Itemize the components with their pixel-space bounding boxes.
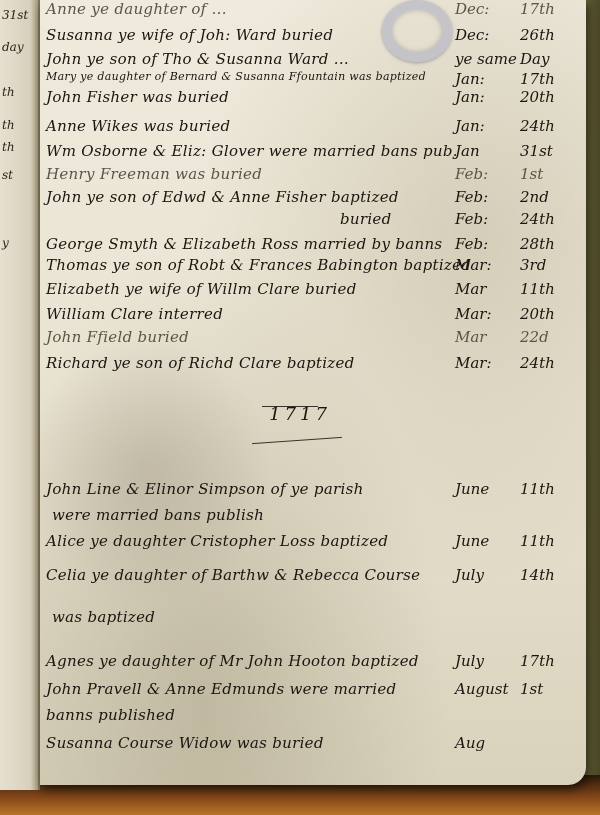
register-entry: John Line & Elinor Simpson of ye parish … (40, 480, 586, 506)
entry-day: 22d (520, 328, 549, 346)
entry-day: 11th (520, 280, 555, 298)
entry-month: Mar (455, 280, 486, 298)
year-heading: 1717 (260, 404, 340, 425)
register-entry: Agnes ye daughter of Mr John Hooton bapt… (40, 652, 586, 678)
margin-fragment: th (2, 118, 15, 132)
register-entry: Anne Wikes was buried Jan: 24th (40, 117, 586, 143)
register-entry: Thomas ye son of Robt & Frances Babingto… (40, 256, 586, 282)
entry-day: 17th (520, 0, 555, 18)
entry-day: 24th (520, 210, 555, 228)
entry-text: Mary ye daughter of Bernard & Susanna Ff… (46, 70, 426, 83)
year-rule-bottom (252, 437, 342, 444)
entry-month: Mar: (455, 305, 492, 323)
register-entry: banns published (40, 706, 586, 732)
register-entry: Susanna Course Widow was buried Aug (40, 734, 586, 760)
entry-day: 24th (520, 354, 555, 372)
facing-page: 31st day th th th st y (0, 0, 40, 790)
entry-month: Mar: (455, 256, 492, 274)
entry-text: John ye son of Tho & Susanna Ward ... (46, 50, 349, 68)
entry-day: 26th (520, 26, 555, 44)
register-entry: Elizabeth ye wife of Willm Clare buried … (40, 280, 586, 306)
entry-month: Feb: (455, 210, 488, 228)
entry-day: 1st (520, 680, 543, 698)
entry-text: Agnes ye daughter of Mr John Hooton bapt… (46, 652, 419, 670)
entry-day: 17th (520, 652, 555, 670)
margin-fragment: th (2, 85, 15, 99)
entry-month: Dec: (455, 0, 489, 18)
entry-day: 1st (520, 165, 543, 183)
entry-month: Feb: (455, 235, 488, 253)
entry-text: buried (340, 210, 392, 228)
entry-text: was baptized (52, 608, 155, 626)
entry-text: John Line & Elinor Simpson of ye parish (46, 480, 364, 498)
entry-month: Dec: (455, 26, 489, 44)
entry-month: Jan: (455, 88, 485, 106)
entry-text: were married bans publish (52, 506, 264, 524)
entry-text: John ye son of Edwd & Anne Fisher baptiz… (46, 188, 399, 206)
entry-month: Feb: (455, 188, 488, 206)
margin-fragment: day (2, 40, 24, 54)
margin-fragment: th (2, 140, 15, 154)
entry-day: 28th (520, 235, 555, 253)
entry-day: 20th (520, 88, 555, 106)
entry-day: 17th (520, 70, 555, 88)
entry-month: Aug (455, 734, 485, 752)
register-entry: Alice ye daughter Cristopher Loss baptiz… (40, 532, 586, 558)
entry-text: Celia ye daughter of Barthw & Rebecca Co… (46, 566, 420, 584)
entry-text: Anne ye daughter of ... (46, 0, 227, 18)
entry-month: June (455, 532, 489, 550)
entry-text: John Fisher was buried (46, 88, 229, 106)
entry-day: 3rd (520, 256, 546, 274)
entry-text: Anne Wikes was buried (46, 117, 230, 135)
margin-fragment: st (2, 168, 13, 182)
entry-day: 14th (520, 566, 555, 584)
register-page: Anne ye daughter of ... Dec: 17th Susann… (40, 0, 586, 785)
register-entry: was baptized (40, 608, 586, 634)
entry-day: 11th (520, 480, 555, 498)
entry-day: Day (520, 50, 549, 68)
entry-text: banns published (46, 706, 175, 724)
register-entry: John Fisher was buried Jan: 20th (40, 88, 586, 114)
register-entry: John Pravell & Anne Edmunds were married… (40, 680, 586, 706)
entry-text: Thomas ye son of Robt & Frances Babingto… (46, 256, 471, 274)
register-entry: buried Feb: 24th (40, 210, 586, 236)
entry-text: Susanna ye wife of Joh: Ward buried (46, 26, 333, 44)
entry-text: Richard ye son of Richd Clare baptized (46, 354, 355, 372)
entry-text: William Clare interred (46, 305, 223, 323)
entry-month: June (455, 480, 489, 498)
register-entry: Celia ye daughter of Barthw & Rebecca Co… (40, 566, 586, 592)
entry-text: John Pravell & Anne Edmunds were married (46, 680, 396, 698)
entry-month: Mar: (455, 354, 492, 372)
entry-text: Elizabeth ye wife of Willm Clare buried (46, 280, 357, 298)
entry-month: ye same (455, 50, 517, 68)
entry-text: Susanna Course Widow was buried (46, 734, 324, 752)
entry-month: August (455, 680, 508, 698)
entry-text: George Smyth & Elizabeth Ross married by… (46, 235, 442, 253)
entry-day: 31st (520, 142, 553, 160)
entry-month: July (455, 652, 484, 670)
entry-month: Feb: (455, 165, 488, 183)
register-entry: Anne ye daughter of ... Dec: 17th (40, 0, 586, 26)
margin-fragment: 31st (2, 8, 28, 22)
entry-text: Alice ye daughter Cristopher Loss baptiz… (46, 532, 388, 550)
margin-fragment: y (2, 236, 9, 250)
entry-month: Jan: (455, 70, 485, 88)
entry-text: John Ffield buried (46, 328, 189, 346)
entry-month: July (455, 566, 484, 584)
entry-month: Mar (455, 328, 486, 346)
entry-day: 11th (520, 532, 555, 550)
entry-month: Jan (455, 142, 480, 160)
register-entry: John Ffield buried Mar 22d (40, 328, 586, 354)
register-entry: Richard ye son of Richd Clare baptized M… (40, 354, 586, 380)
register-entry: Susanna ye wife of Joh: Ward buried Dec:… (40, 26, 586, 52)
entry-day: 24th (520, 117, 555, 135)
register-entry: were married bans publish (40, 506, 586, 532)
entry-day: 20th (520, 305, 555, 323)
entry-text: Henry Freeman was buried (46, 165, 262, 183)
entry-month: Jan: (455, 117, 485, 135)
entry-text: Wm Osborne & Eliz: Glover were married b… (46, 142, 458, 160)
entry-day: 2nd (520, 188, 549, 206)
